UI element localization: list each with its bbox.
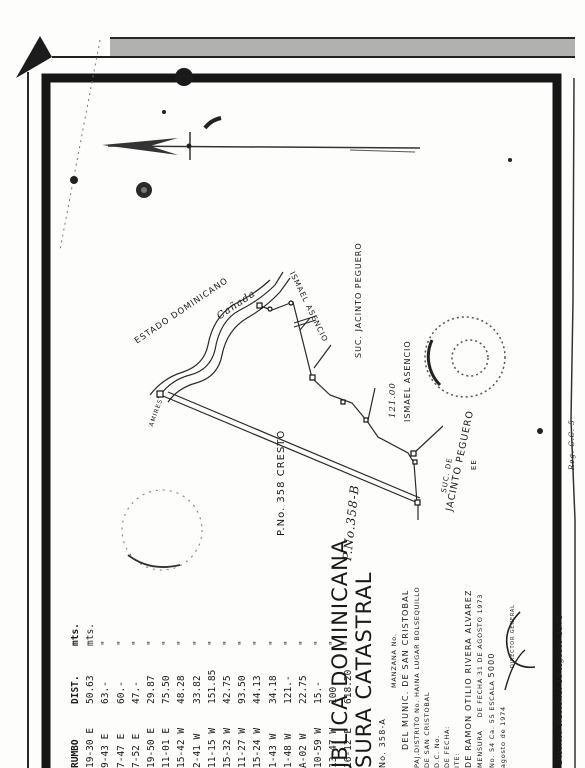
title-mensura-catastral: SURA CATASTRAL <box>352 428 376 768</box>
unit-cell: " <box>235 616 250 646</box>
unit-cell: mts. <box>83 616 98 646</box>
agrimensor-name: DE RAMON OTILIO RIVERA ALVAREZ <box>462 428 475 768</box>
table-row: 9-43 E63.-" <box>98 616 113 768</box>
distance-cell: 63.- <box>98 646 113 704</box>
bearing-cell: 9-43 E <box>98 704 113 768</box>
table-row: 1-48 W121.-" <box>281 616 296 768</box>
escala-value: 5000 <box>487 652 496 677</box>
north-arrow-icon <box>102 132 420 160</box>
distance-cell: 75.50 <box>159 646 174 704</box>
bearing-cell: 1-43 W <box>266 704 281 768</box>
label-ismael-asencio-mid: ISMAEL ASENCIO <box>403 340 412 422</box>
unit-cell: " <box>98 616 113 646</box>
unit-cell: " <box>114 616 129 646</box>
bearing-cell: 1-48 W <box>281 704 296 768</box>
paraje: PAJ.DISTRITO No. HAINA LUGAR BOLSEQUILLO <box>412 428 422 768</box>
header-rumbo: RUMBO <box>68 704 83 768</box>
bearing-cell: 15-24 W <box>250 704 265 768</box>
mensura-label: MENSURA <box>476 730 484 768</box>
unit-cell: " <box>220 616 235 646</box>
unit-cell: " <box>190 616 205 646</box>
distance-cell: 48.28 <box>174 646 189 704</box>
unit-cell: " <box>250 616 265 646</box>
director-general: DIRECTOR GENERAL <box>508 428 518 768</box>
unit-cell: " <box>129 616 144 646</box>
label-parcel-left: P.No. 358 CRESTO <box>276 430 287 536</box>
distance-cell: 50.63 <box>83 646 98 704</box>
bearing-cell: 11-27 W <box>235 704 250 768</box>
corner-triangle-icon <box>16 36 52 78</box>
agrimensor-label: ITE: <box>452 428 462 768</box>
distance-cell: 15.- <box>311 646 326 704</box>
distance-cell: 60.- <box>114 646 129 704</box>
distance-cell: 42.75 <box>220 646 235 704</box>
bearing-cell: 2-41 W <box>190 704 205 768</box>
table-row: 11-01 E75.50" <box>159 616 174 768</box>
label-suc-jacinto-top: SUC. JACINTO PEGUERO <box>354 242 363 358</box>
distance-cell: 29.87 <box>144 646 159 704</box>
distance-cell: 121.- <box>281 646 296 704</box>
bearing-cell: 11-15 W <box>205 704 220 768</box>
stamp-seal-icon <box>425 317 505 397</box>
bearing-cell: 19-50 E <box>144 704 159 768</box>
bearing-cell: 15-42 W <box>174 704 189 768</box>
table-row: 1-43 W34.18" <box>265 616 280 768</box>
table-row: 7-52 E47.-" <box>129 616 144 768</box>
unit-cell: " <box>281 616 296 646</box>
fecha: DE FECHA: <box>442 428 452 768</box>
distance-cell: 93.50 <box>235 646 250 704</box>
bearing-cell: A-02 W <box>296 704 311 768</box>
unit-cell: " <box>144 616 159 646</box>
municipio: DEL MUNIC. DE SAN CRISTOBAL <box>399 428 412 768</box>
table-row: 11-15 W151.85" <box>205 616 220 768</box>
table-row: 19-30 E50.63mts. <box>83 616 98 768</box>
mensura-date: DE FECHA 31 DE AGOSTO 1973 <box>476 594 484 718</box>
header-dist: DIST. <box>68 646 83 704</box>
table-header: RUMBO DIST. mts. <box>68 616 83 768</box>
distance-cell: 22.75 <box>296 646 311 704</box>
mensura-line: MENSURA DE FECHA 31 DE AGOSTO 1973 <box>475 428 485 768</box>
title-republica: JBLICA DOMINICANA <box>328 428 352 768</box>
bearing-cell: 10-59 W <box>311 704 326 768</box>
distance-cell: 44.13 <box>250 646 265 704</box>
table-row: 15-42 W48.28" <box>174 616 189 768</box>
signature-footer: Distrito Nacional 19 Agosto 1975 <box>556 614 564 764</box>
stamp-note: Reg. C.C. 5 <box>568 419 576 470</box>
table-row: 11-27 W93.50" <box>235 616 250 768</box>
bearing-cell: 11-01 E <box>159 704 174 768</box>
bearing-distance-table: RUMBO DIST. mts. 19-30 E50.63mts.9-43 E6… <box>68 616 357 768</box>
title-block: JBLICA DOMINICANA SURA CATASTRAL No. 358… <box>328 428 518 768</box>
parcel-number: No. 358-A <box>376 428 389 768</box>
bearing-cell: 7-52 E <box>129 704 144 768</box>
distance-cell: 33.82 <box>190 646 205 704</box>
distance-cell: 34.18 <box>266 646 281 704</box>
unit-cell: " <box>174 616 189 646</box>
escala-label: ESCALA <box>488 680 496 710</box>
escala-prefix: No. 54 Ca. 55 <box>488 713 496 768</box>
table-row: A-02 W22.75" <box>296 616 311 768</box>
aprobado: agosto de 1974 <box>498 428 508 768</box>
table-body: 19-30 E50.63mts.9-43 E63.-"7-47 E60.-"7-… <box>83 616 356 768</box>
table-row: 10-59 W15.-" <box>311 616 326 768</box>
table-row: 15-32 W42.75" <box>220 616 235 768</box>
table-row: 7-47 E60.-" <box>114 616 129 768</box>
distance-cell: 47.- <box>129 646 144 704</box>
table-row: 15-24 W44.13" <box>250 616 265 768</box>
label-distance-mid: 121.00 <box>388 382 398 418</box>
creek-lines <box>150 272 290 402</box>
provincia: DE SAN CRISTOBAL <box>422 428 432 768</box>
bearing-cell: 15-32 W <box>220 704 235 768</box>
unit-cell: " <box>205 616 220 646</box>
header-unit: mts. <box>68 616 83 646</box>
unit-cell: " <box>311 616 326 646</box>
unit-cell: " <box>266 616 281 646</box>
bearing-cell: 7-47 E <box>114 704 129 768</box>
escala-line: No. 54 Ca. 55 ESCALA 5000 <box>485 428 498 768</box>
bearing-cell: 19-30 E <box>83 704 98 768</box>
unit-cell: " <box>159 616 174 646</box>
dc-number: D.C. No. <box>432 428 442 768</box>
distance-cell: 151.85 <box>205 646 220 704</box>
document-page: ESTADO DOMINICANO Cañada ISMAEL ASENCIO … <box>0 0 585 768</box>
table-row: 2-41 W33.82" <box>190 616 205 768</box>
table-row: 19-50 E29.87" <box>144 616 159 768</box>
stamp-seal-faint-icon <box>122 490 202 570</box>
manzana: MANZANA No. <box>389 428 399 768</box>
unit-cell: " <box>296 616 311 646</box>
